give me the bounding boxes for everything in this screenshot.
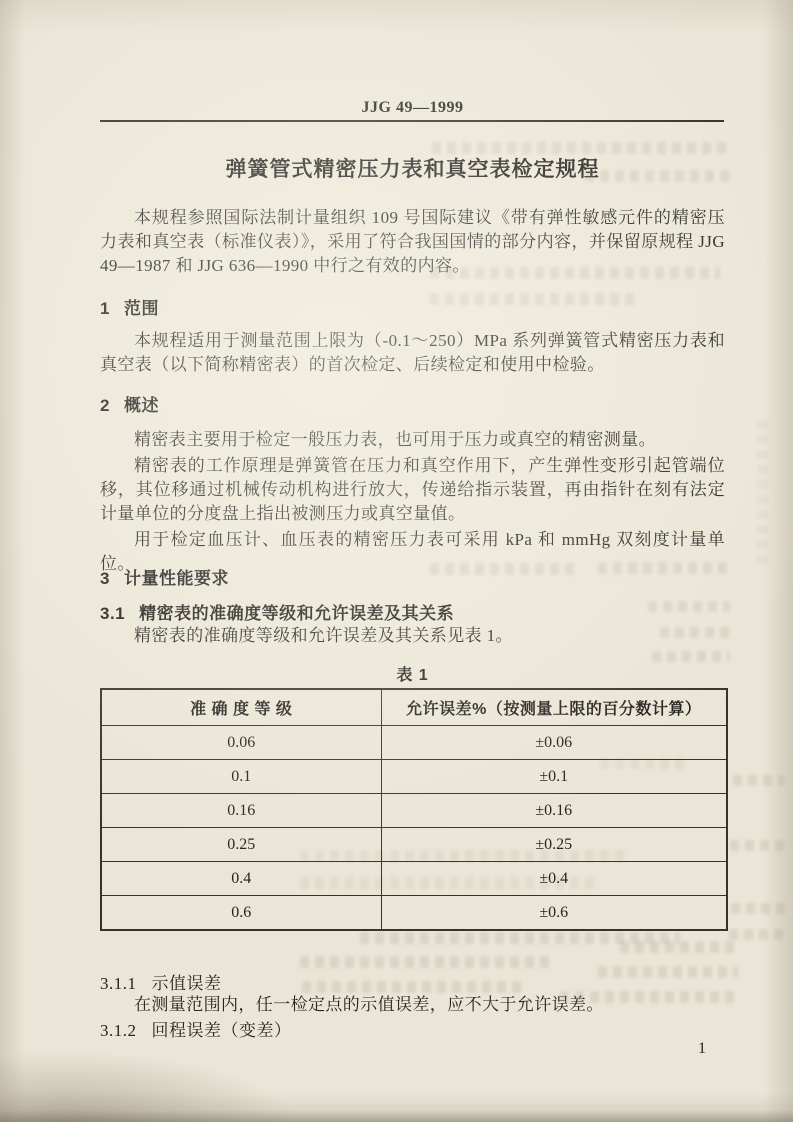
table-cell: 0.4 [101,862,381,896]
bleedthrough-artifact [730,840,786,851]
table-cell: ±0.25 [381,828,727,862]
table-header-row: 准 确 度 等 级 允许误差%（按测量上限的百分数计算） [101,689,727,726]
section-title: 范围 [124,299,159,318]
section-number: 2 [100,396,110,416]
table-row: 0.4 ±0.4 [101,862,727,896]
section-title: 回程误差（变差） [152,1021,292,1040]
section-title: 精密表的准确度等级和允许误差及其关系 [139,604,454,623]
section-title: 示值误差 [152,974,222,993]
doc-code: JJG 49—1999 [100,99,725,117]
table-cell: 0.16 [101,794,381,828]
bleedthrough-artifact [652,651,730,662]
table-cell: ±0.06 [381,726,727,760]
section-number: 1 [100,299,110,319]
table-cell: ±0.1 [381,760,727,794]
section-1-heading: 1范围 [100,294,725,319]
table-cell: 0.25 [101,828,381,862]
bleedthrough-artifact [757,420,768,570]
table-1-caption: 表 1 [100,662,725,685]
table-cell: 0.06 [101,726,381,760]
table-cell: ±0.6 [381,896,727,931]
table-column-header: 准 确 度 等 级 [101,689,381,726]
table-row: 0.16 ±0.16 [101,794,727,828]
table-cell: 0.6 [101,896,381,931]
section-title: 概述 [124,396,159,415]
section-3-1-body: 精密表的准确度等级和允许误差及其关系见表 1。 [100,624,725,648]
intro-paragraph: 本规程参照国际法制计量组织 109 号国际建议《带有弹性敏感元件的精密压力表和真… [100,206,725,278]
header-rule [100,120,724,122]
bleedthrough-artifact [300,956,555,968]
table-row: 0.1 ±0.1 [101,760,727,794]
section-3-1-2-heading: 3.1.2回程误差（变差） [100,1016,725,1041]
section-number: 3.1.2 [100,1021,137,1041]
bleedthrough-artifact [733,775,785,786]
table-1: 准 确 度 等 级 允许误差%（按测量上限的百分数计算） 0.06 ±0.06 … [100,688,728,931]
table-column-header: 允许误差%（按测量上限的百分数计算） [381,689,727,726]
section-3-1-1-body: 在测量范围内，任一检定点的示值误差，应不大于允许误差。 [100,993,725,1017]
section-number: 3.1 [100,604,125,624]
bleedthrough-artifact [729,929,787,940]
doc-title: 弹簧管式精密压力表和真空表检定规程 [100,153,725,183]
section-2-heading: 2概述 [100,391,725,416]
section-1-body: 本规程适用于测量范围上限为（-0.1～250）MPa 系列弹簧管式精密压力表和真… [100,329,725,377]
table-row: 0.25 ±0.25 [101,828,727,862]
section-title: 计量性能要求 [124,569,229,588]
page-number: 1 [698,1040,706,1058]
table-cell: ±0.16 [381,794,727,828]
section-2-paragraph-2: 精密表的工作原理是弹簧管在压力和真空作用下，产生弹性变形引起管端位移，其位移通过… [100,454,725,526]
document-page: JJG 49—1999 弹簧管式精密压力表和真空表检定规程 本规程参照国际法制计… [0,0,793,1122]
bleedthrough-artifact [620,941,738,953]
table-cell: 0.1 [101,760,381,794]
section-3-1-1-heading: 3.1.1示值误差 [100,969,725,994]
section-3-1-heading: 3.1精密表的准确度等级和允许误差及其关系 [100,599,725,624]
section-3-heading: 3计量性能要求 [100,564,725,589]
bleedthrough-artifact [731,903,787,914]
section-2-paragraph-1: 精密表主要用于检定一般压力表，也可用于压力或真空的精密测量。 [100,428,725,452]
table-row: 0.6 ±0.6 [101,896,727,931]
bleedthrough-artifact [360,932,680,944]
table-row: 0.06 ±0.06 [101,726,727,760]
section-number: 3.1.1 [100,974,137,994]
section-number: 3 [100,569,110,589]
table-cell: ±0.4 [381,862,727,896]
